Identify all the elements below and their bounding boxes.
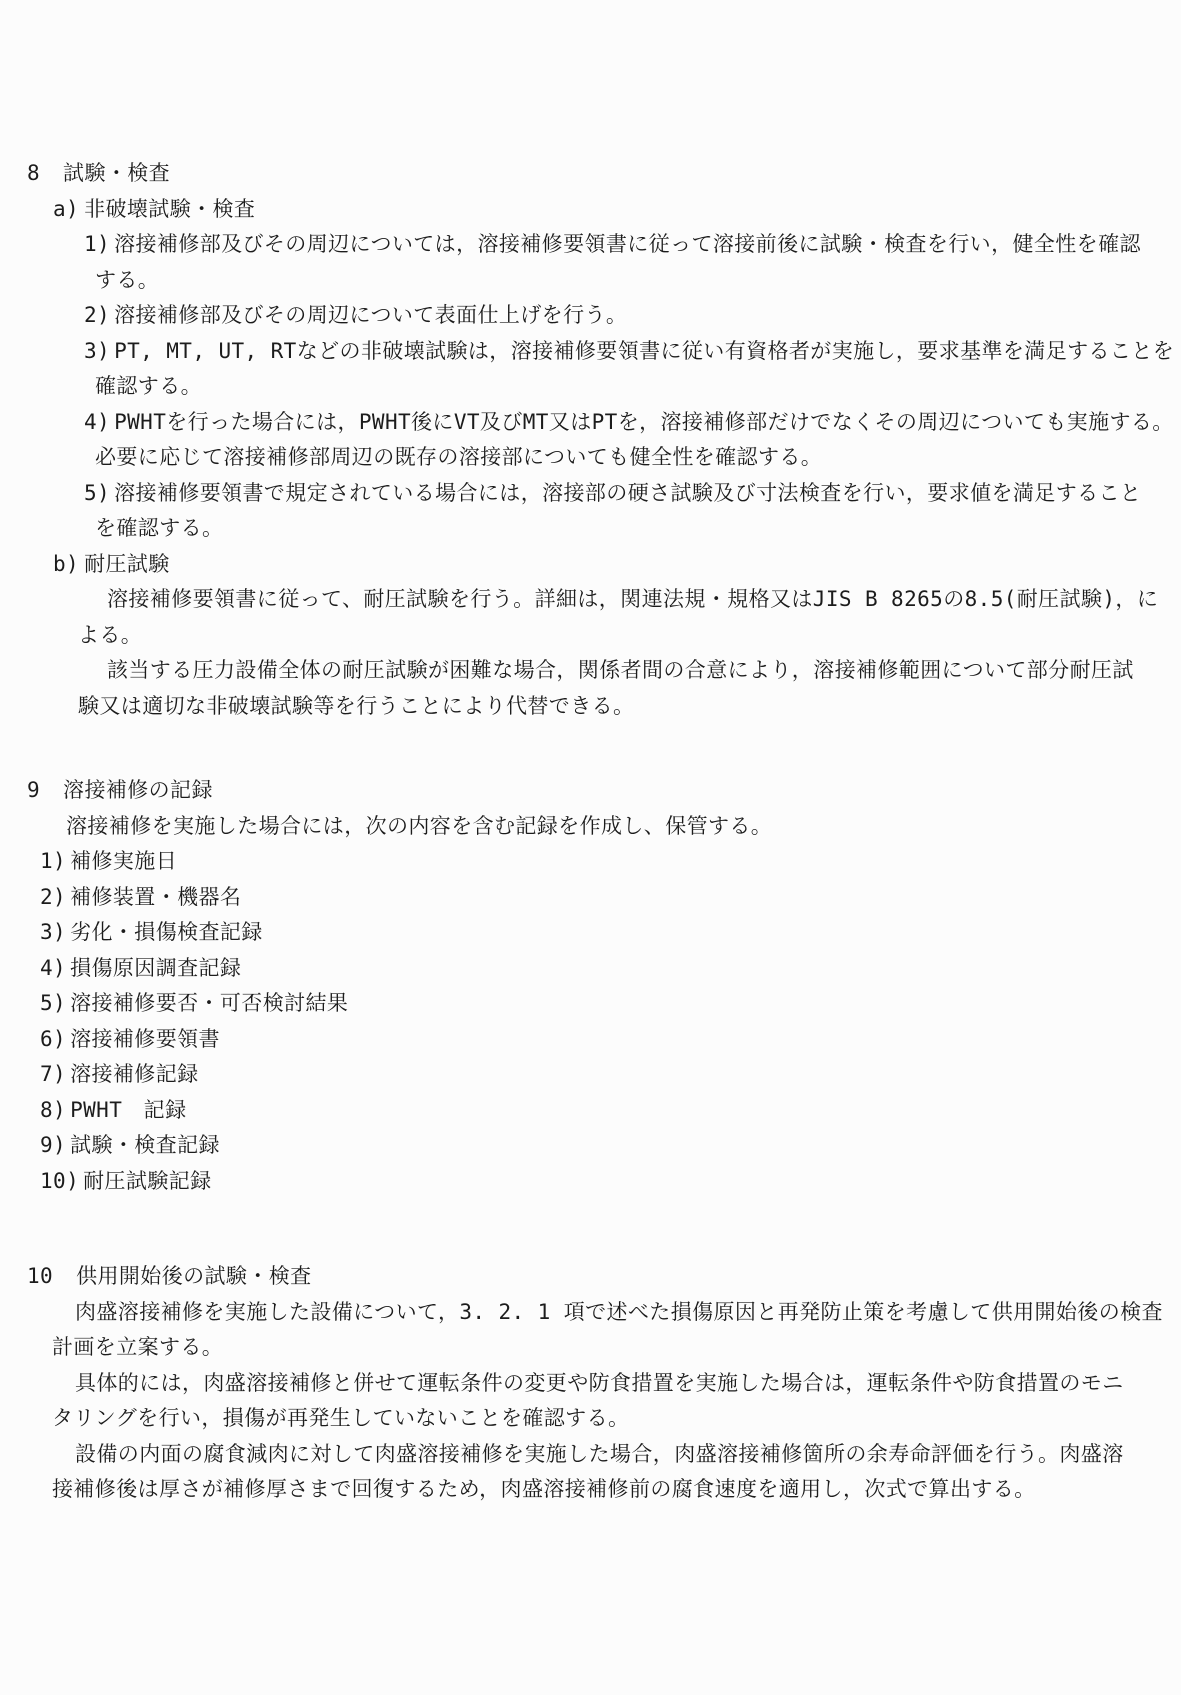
- list-item-text: 溶接補修要領書: [70, 1027, 220, 1051]
- list-item-text: 損傷原因調査記録: [70, 956, 241, 980]
- section-9: 9溶接補修の記録 溶接補修を実施した場合には，次の内容を含む記録を作成し、保管す…: [0, 773, 1181, 1199]
- section-title: 溶接補修の記録: [40, 778, 213, 802]
- list-item: 4)PWHTを行った場合には，PWHT後にVT及びMT又はPTを，溶接補修部だけ…: [0, 405, 1181, 441]
- paragraph-line: 具体的には，肉盛溶接補修と併せて運転条件の変更や防食措置を実施した場合は，運転条…: [0, 1366, 1181, 1402]
- list-item-marker: 3): [40, 920, 70, 944]
- list-item-marker: 9): [40, 1133, 70, 1157]
- record-list-item: 4)損傷原因調査記録: [0, 951, 1181, 987]
- list-item-marker: 4): [84, 410, 114, 434]
- list-item-marker: 1): [84, 232, 114, 256]
- list-item-marker: 2): [40, 885, 70, 909]
- record-list-item: 2)補修装置・機器名: [0, 880, 1181, 916]
- paragraph-line: 験又は適切な非破壊試験等を行うことにより代替できる。: [0, 689, 1181, 725]
- paragraph-line: よる。: [0, 618, 1181, 654]
- subsection-b-heading: b)耐圧試験: [0, 547, 1181, 583]
- list-item-text: 溶接補修記録: [70, 1062, 198, 1086]
- subsection-title: 非破壊試験・検査: [79, 197, 255, 221]
- paragraph-line: 接補修後は厚さが補修厚さまで回復するため，肉盛溶接補修前の腐食速度を適用し，次式…: [0, 1472, 1181, 1508]
- list-item: 5)溶接補修要領書で規定されている場合には，溶接部の硬さ試験及び寸法検査を行い，…: [0, 476, 1181, 512]
- paragraph-line: タリングを行い，損傷が再発生していないことを確認する。: [0, 1401, 1181, 1437]
- paragraph-line: 肉盛溶接補修を実施した設備について，3. 2. 1 項で述べた損傷原因と再発防止…: [0, 1295, 1181, 1331]
- section-number: 10: [27, 1264, 53, 1288]
- list-item-continuation: 必要に応じて溶接補修部周辺の既存の溶接部についても健全性を確認する。: [0, 440, 1181, 476]
- subsection-a-heading: a)非破壊試験・検査: [0, 192, 1181, 228]
- list-item-marker: 7): [40, 1062, 70, 1086]
- list-item-marker: 6): [40, 1027, 70, 1051]
- record-list-item: 1)補修実施日: [0, 844, 1181, 880]
- list-item-text: PT, MT, UT, RTなどの非破壊試験は，溶接補修要領書に従い有資格者が実…: [114, 339, 1174, 363]
- record-list-item: 10)耐圧試験記録: [0, 1164, 1181, 1200]
- subsection-title: 耐圧試験: [79, 552, 170, 576]
- list-item-marker: 3): [84, 339, 114, 363]
- record-list-item: 7)溶接補修記録: [0, 1057, 1181, 1093]
- record-list-item: 6)溶接補修要領書: [0, 1022, 1181, 1058]
- section-8: 8試験・検査 a)非破壊試験・検査 1)溶接補修部及びその周辺については，溶接補…: [0, 156, 1181, 724]
- subsection-label: b): [53, 552, 79, 576]
- list-item-text: 溶接補修要領書で規定されている場合には，溶接部の硬さ試験及び寸法検査を行い，要求…: [114, 481, 1141, 505]
- list-item-marker: 1): [40, 849, 70, 873]
- list-item-text: 溶接補修部及びその周辺については，溶接補修要領書に従って溶接前後に試験・検査を行…: [114, 232, 1141, 256]
- list-item-marker: 8): [40, 1098, 70, 1122]
- paragraph-line: 該当する圧力設備全体の耐圧試験が困難な場合，関係者間の合意により，溶接補修範囲に…: [0, 653, 1181, 689]
- list-item: 3)PT, MT, UT, RTなどの非破壊試験は，溶接補修要領書に従い有資格者…: [0, 334, 1181, 370]
- paragraph-line: 溶接補修要領書に従って、耐圧試験を行う。詳細は，関連法規・規格又はJIS B 8…: [0, 582, 1181, 618]
- list-item-text: 試験・検査記録: [70, 1133, 220, 1157]
- list-item-marker: 4): [40, 956, 70, 980]
- list-item-continuation: を確認する。: [0, 511, 1181, 547]
- record-list-item: 8)PWHT 記録: [0, 1093, 1181, 1129]
- section-title: 供用開始後の試験・検査: [53, 1264, 311, 1288]
- section-9-heading: 9溶接補修の記録: [0, 773, 1181, 809]
- list-item-text: 溶接補修部及びその周辺について表面仕上げを行う。: [114, 303, 627, 327]
- section-9-intro: 溶接補修を実施した場合には，次の内容を含む記録を作成し、保管する。: [0, 809, 1181, 845]
- list-item-text: PWHT 記録: [70, 1098, 186, 1122]
- list-item-text: 溶接補修要否・可否検討結果: [70, 991, 348, 1015]
- section-10-heading: 10供用開始後の試験・検査: [0, 1259, 1181, 1295]
- list-item: 2)溶接補修部及びその周辺について表面仕上げを行う。: [0, 298, 1181, 334]
- paragraph-line: 計画を立案する。: [0, 1330, 1181, 1366]
- list-item: 1)溶接補修部及びその周辺については，溶接補修要領書に従って溶接前後に試験・検査…: [0, 227, 1181, 263]
- section-title: 試験・検査: [40, 161, 170, 185]
- record-list-item: 3)劣化・損傷検査記録: [0, 915, 1181, 951]
- record-list-item: 9)試験・検査記録: [0, 1128, 1181, 1164]
- list-item-continuation: 確認する。: [0, 369, 1181, 405]
- list-item-marker: 5): [84, 481, 114, 505]
- section-number: 8: [27, 161, 40, 185]
- section-number: 9: [27, 778, 40, 802]
- list-item-text: 劣化・損傷検査記録: [70, 920, 263, 944]
- list-item-continuation: する。: [0, 263, 1181, 299]
- record-list-item: 5)溶接補修要否・可否検討結果: [0, 986, 1181, 1022]
- subsection-label: a): [53, 197, 79, 221]
- list-item-text: PWHTを行った場合には，PWHT後にVT及びMT又はPTを，溶接補修部だけでな…: [114, 410, 1174, 434]
- list-item-marker: 5): [40, 991, 70, 1015]
- list-item-text: 補修装置・機器名: [70, 885, 241, 909]
- section-10: 10供用開始後の試験・検査 肉盛溶接補修を実施した設備について，3. 2. 1 …: [0, 1259, 1181, 1508]
- document-page: 8試験・検査 a)非破壊試験・検査 1)溶接補修部及びその周辺については，溶接補…: [0, 0, 1181, 1695]
- list-item-marker: 2): [84, 303, 114, 327]
- paragraph-line: 設備の内面の腐食減肉に対して肉盛溶接補修を実施した場合，肉盛溶接補修箇所の余寿命…: [0, 1437, 1181, 1473]
- list-item-text: 補修実施日: [70, 849, 177, 873]
- list-item-marker: 10): [40, 1169, 83, 1193]
- section-8-heading: 8試験・検査: [0, 156, 1181, 192]
- list-item-text: 耐圧試験記録: [83, 1169, 211, 1193]
